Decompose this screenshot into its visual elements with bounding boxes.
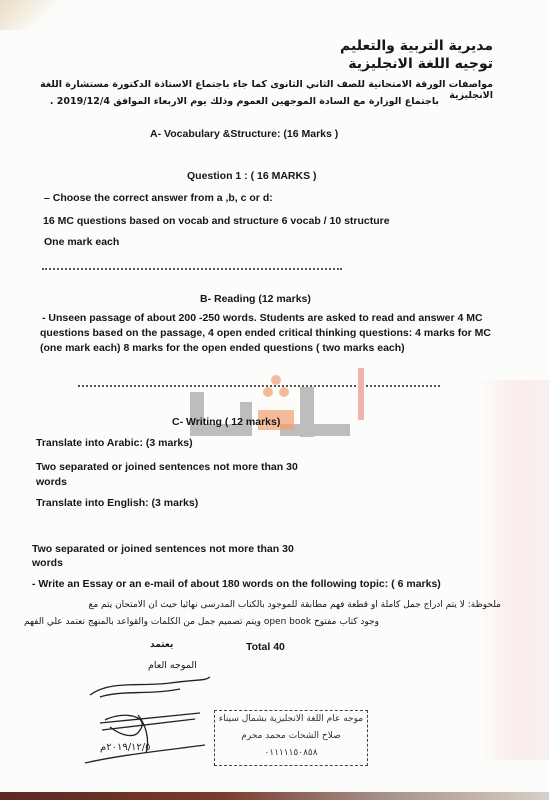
section-a-marks-note: One mark each xyxy=(44,236,119,248)
directorate-title: مديرية التربية والتعليم xyxy=(340,38,493,54)
section-a-instruction: – Choose the correct answer from a ,b, c… xyxy=(44,192,273,204)
note-line-2: وجود كتاب مفتوح open book ويتم تصميم جمل… xyxy=(24,617,379,627)
translate-arabic-detail-1: Two separated or joined sentences not mo… xyxy=(36,461,298,473)
stamp-line-1: موجه عام اللغة الانجليزية بشمال سيناء xyxy=(215,711,367,728)
question-1-title: Question 1 : ( 16 MARKS ) xyxy=(187,170,317,182)
handwritten-signature: ٢٠١٩/١٢/٥م xyxy=(80,675,215,765)
essay-instruction: - Write an Essay or an e-mail of about 1… xyxy=(32,578,441,590)
intro-line-2: باجتماع الوزارة مع السادة الموجهين العمو… xyxy=(50,96,439,107)
total-marks: Total 40 xyxy=(246,641,285,653)
translate-arabic-label: Translate into Arabic: (3 marks) xyxy=(36,437,193,449)
supervisor-title: الموجه العام xyxy=(148,660,197,671)
table-edge xyxy=(0,792,549,800)
document-page: مديرية التربية والتعليم توجيه اللغة الان… xyxy=(0,0,549,800)
section-a-detail: 16 MC questions based on vocab and struc… xyxy=(43,215,390,227)
section-b-title: B- Reading (12 marks) xyxy=(200,293,311,305)
page-fold-shadow xyxy=(0,0,60,30)
translate-english-detail-1: Two separated or joined sentences not mo… xyxy=(32,543,294,555)
note-line-1: ملحوظة: لا يتم ادراج جمل كاملة او قطعة ف… xyxy=(89,600,501,610)
translate-arabic-detail-2: words xyxy=(36,476,67,488)
official-stamp: موجه عام اللغة الانجليزية بشمال سيناء صل… xyxy=(214,710,368,766)
page-edge-shadow xyxy=(479,380,549,760)
translate-english-detail-2: words xyxy=(32,557,63,569)
approved-label: يعتمد xyxy=(150,640,173,650)
translate-english-label: Translate into English: (3 marks) xyxy=(36,497,198,509)
signature-date: ٢٠١٩/١٢/٥م xyxy=(100,742,151,753)
stamp-line-3: ٠١١١١١٥٠٨٥٨ xyxy=(215,745,367,762)
section-b-line-3: (one mark each) 8 marks for the open end… xyxy=(40,342,405,354)
stamp-line-2: صلاح الشحات محمد محرم xyxy=(215,728,367,745)
section-c-title: C- Writing ( 12 marks) xyxy=(172,416,280,428)
watermark-bar xyxy=(358,368,364,420)
section-b-line-2: questions based on the passage, 4 open e… xyxy=(40,327,491,339)
divider-a xyxy=(42,268,342,270)
watermark-logo xyxy=(180,362,380,452)
section-b-line-1: - Unseen passage of about 200 -250 words… xyxy=(42,312,483,324)
section-a-title: A- Vocabulary &Structure: (16 Marks ) xyxy=(150,128,338,140)
department-title: توجيه اللغة الانجليزية xyxy=(348,56,493,72)
